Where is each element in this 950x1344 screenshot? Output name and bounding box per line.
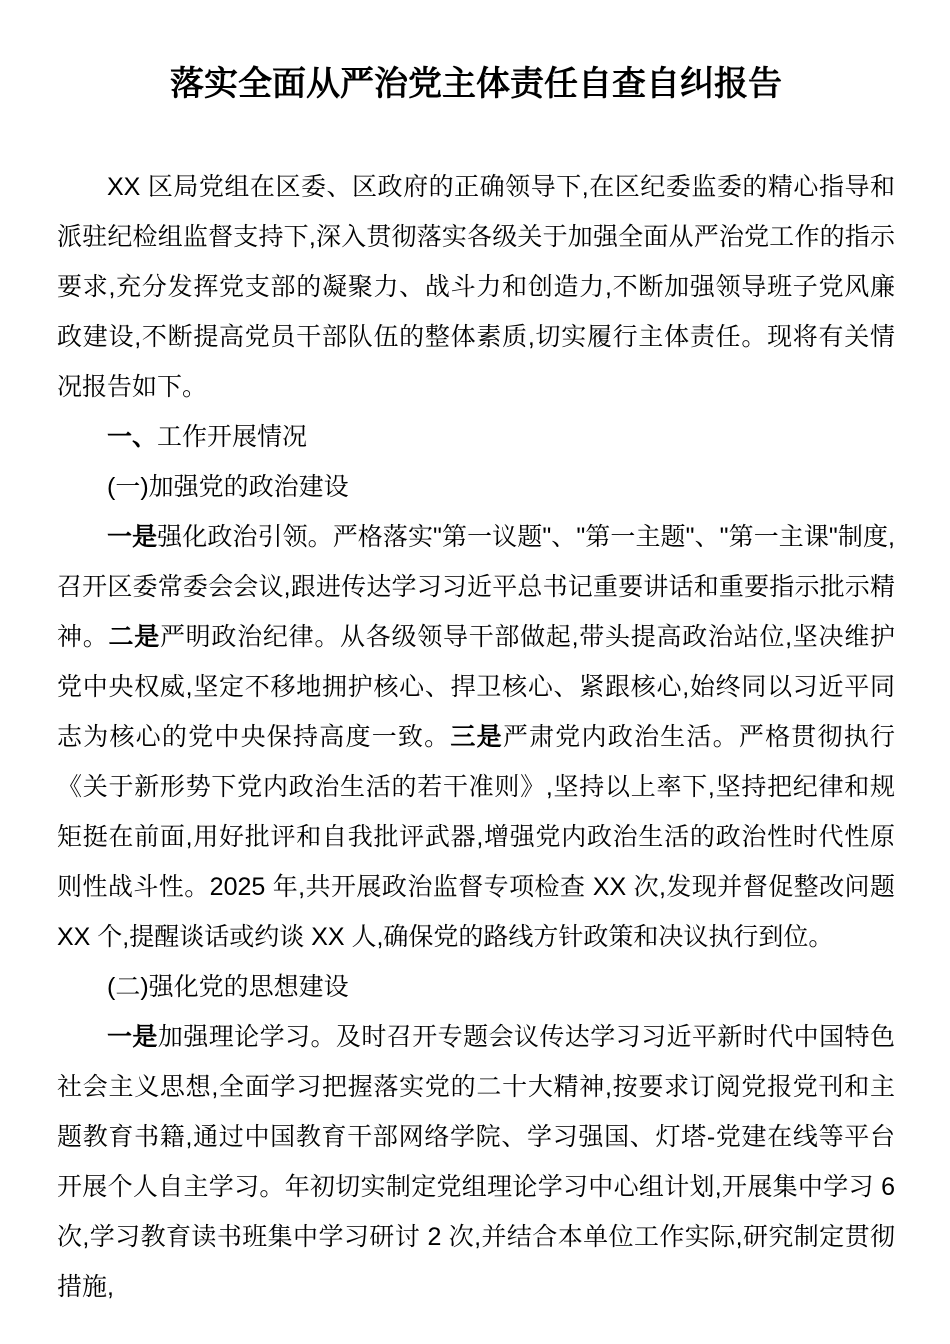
paragraph-intro: XX 区局党组在区委、区政府的正确领导下,在区纪委监委的精心指导和派驻纪检组监督… bbox=[57, 162, 895, 412]
document-page: 落实全面从严治党主体责任自查自纠报告 XX 区局党组在区委、区政府的正确领导下,… bbox=[0, 0, 950, 1344]
heading-section-1: 一、工作开展情况 bbox=[57, 412, 895, 462]
section-number: 一、 bbox=[107, 423, 157, 451]
paragraph-ideological-construction: 一是加强理论学习。及时召开专题会议传达学习习近平新时代中国特色社会主义思想,全面… bbox=[57, 1012, 895, 1312]
bold-marker-third: 三是 bbox=[450, 723, 502, 751]
section-heading-text: 工作开展情况 bbox=[157, 423, 307, 451]
document-title: 落实全面从严治党主体责任自查自纠报告 bbox=[57, 62, 895, 106]
bold-marker-first: 一是 bbox=[107, 1023, 158, 1051]
paragraph-political-construction: 一是强化政治引领。严格落实"第一议题"、"第一主题"、"第一主课"制度,召开区委… bbox=[57, 512, 895, 962]
heading-subsection-2: (二)强化党的思想建设 bbox=[57, 962, 895, 1012]
bold-marker-first: 一是 bbox=[107, 523, 157, 551]
subsection-heading-text: (一)加强党的政治建设 bbox=[107, 473, 349, 501]
text-run: XX 区局党组在区委、区政府的正确领导下,在区纪委监委的精心指导和派驻纪检组监督… bbox=[57, 173, 895, 401]
text-run: 加强理论学习。及时召开专题会议传达学习习近平新时代中国特色社会主义思想,全面学习… bbox=[57, 1023, 895, 1301]
bold-marker-second: 二是 bbox=[108, 623, 159, 651]
text-run: 严肃党内政治生活。严格贯彻执行《关于新形势下党内政治生活的若干准则》,坚持以上率… bbox=[57, 723, 895, 951]
subsection-heading-text: (二)强化党的思想建设 bbox=[107, 973, 349, 1001]
heading-subsection-1: (一)加强党的政治建设 bbox=[57, 462, 895, 512]
